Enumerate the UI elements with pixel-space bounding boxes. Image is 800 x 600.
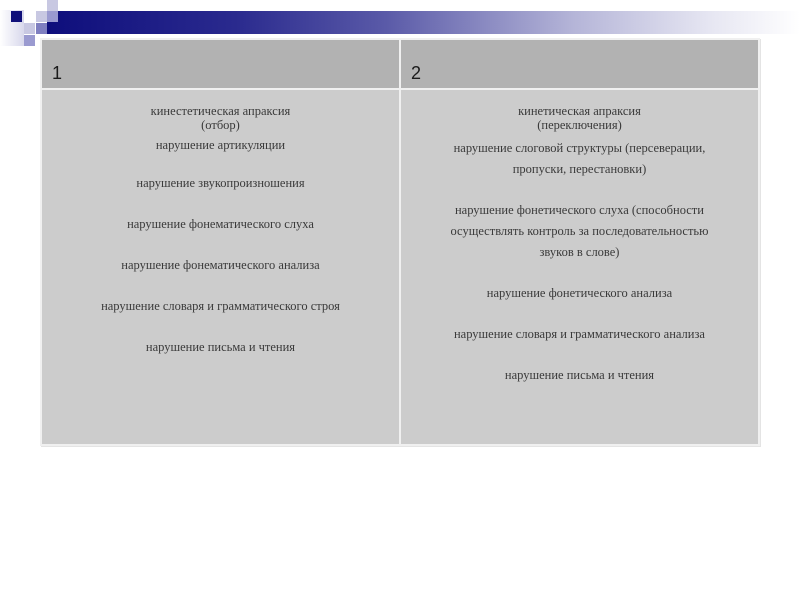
header-cell-1: 1 [41, 39, 400, 89]
list-item: нарушение словаря и грамматического анал… [401, 324, 758, 345]
decorative-square [47, 11, 58, 22]
list-item-continuation: осуществлять контроль за последовательно… [401, 221, 758, 242]
list-item: нарушение фонетического анализа [401, 283, 758, 304]
decorative-square [24, 23, 35, 34]
list-item: нарушение фонематического слуха [42, 217, 399, 231]
table-header-row: 1 2 [41, 39, 759, 89]
list-item: нарушение артикуляции [42, 138, 399, 152]
column-subtitle: (отбор) [42, 118, 399, 132]
list-item: нарушение фонематического анализа [42, 258, 399, 272]
list-item: нарушение словаря и грамматического стро… [42, 299, 399, 313]
list-item-continuation: пропуски, перестановки) [401, 159, 758, 180]
list-item: нарушение слоговой структуры (персеверац… [401, 138, 758, 159]
decorative-square [36, 23, 47, 34]
header-cell-2: 2 [400, 39, 759, 89]
decorative-title-bar [47, 11, 800, 34]
decorative-square [11, 11, 22, 22]
column-subtitle: (переключения) [401, 118, 758, 132]
column-title: кинестетическая апраксия [42, 104, 399, 118]
decorative-square [47, 0, 58, 11]
list-item-continuation: звуков в слове) [401, 242, 758, 263]
list-item: нарушение письма и чтения [401, 365, 758, 386]
decorative-square [24, 35, 35, 46]
comparison-table: 1 2 кинестетическая апраксия (отбор) нар… [40, 38, 760, 446]
table-body-row: кинестетическая апраксия (отбор) нарушен… [41, 89, 759, 445]
column-title: кинетическая апраксия [401, 104, 758, 118]
list-item: нарушение фонетического слуха (способнос… [401, 200, 758, 221]
header-label: 2 [411, 63, 421, 84]
header-label: 1 [52, 63, 62, 84]
decorative-square [36, 11, 47, 22]
list-item: нарушение звукопроизношения [42, 176, 399, 190]
kinesthetic-apraxia-cell: кинестетическая апраксия (отбор) нарушен… [41, 89, 400, 445]
kinetic-apraxia-cell: кинетическая апраксия (переключения) нар… [400, 89, 759, 445]
list-item: нарушение письма и чтения [42, 340, 399, 354]
